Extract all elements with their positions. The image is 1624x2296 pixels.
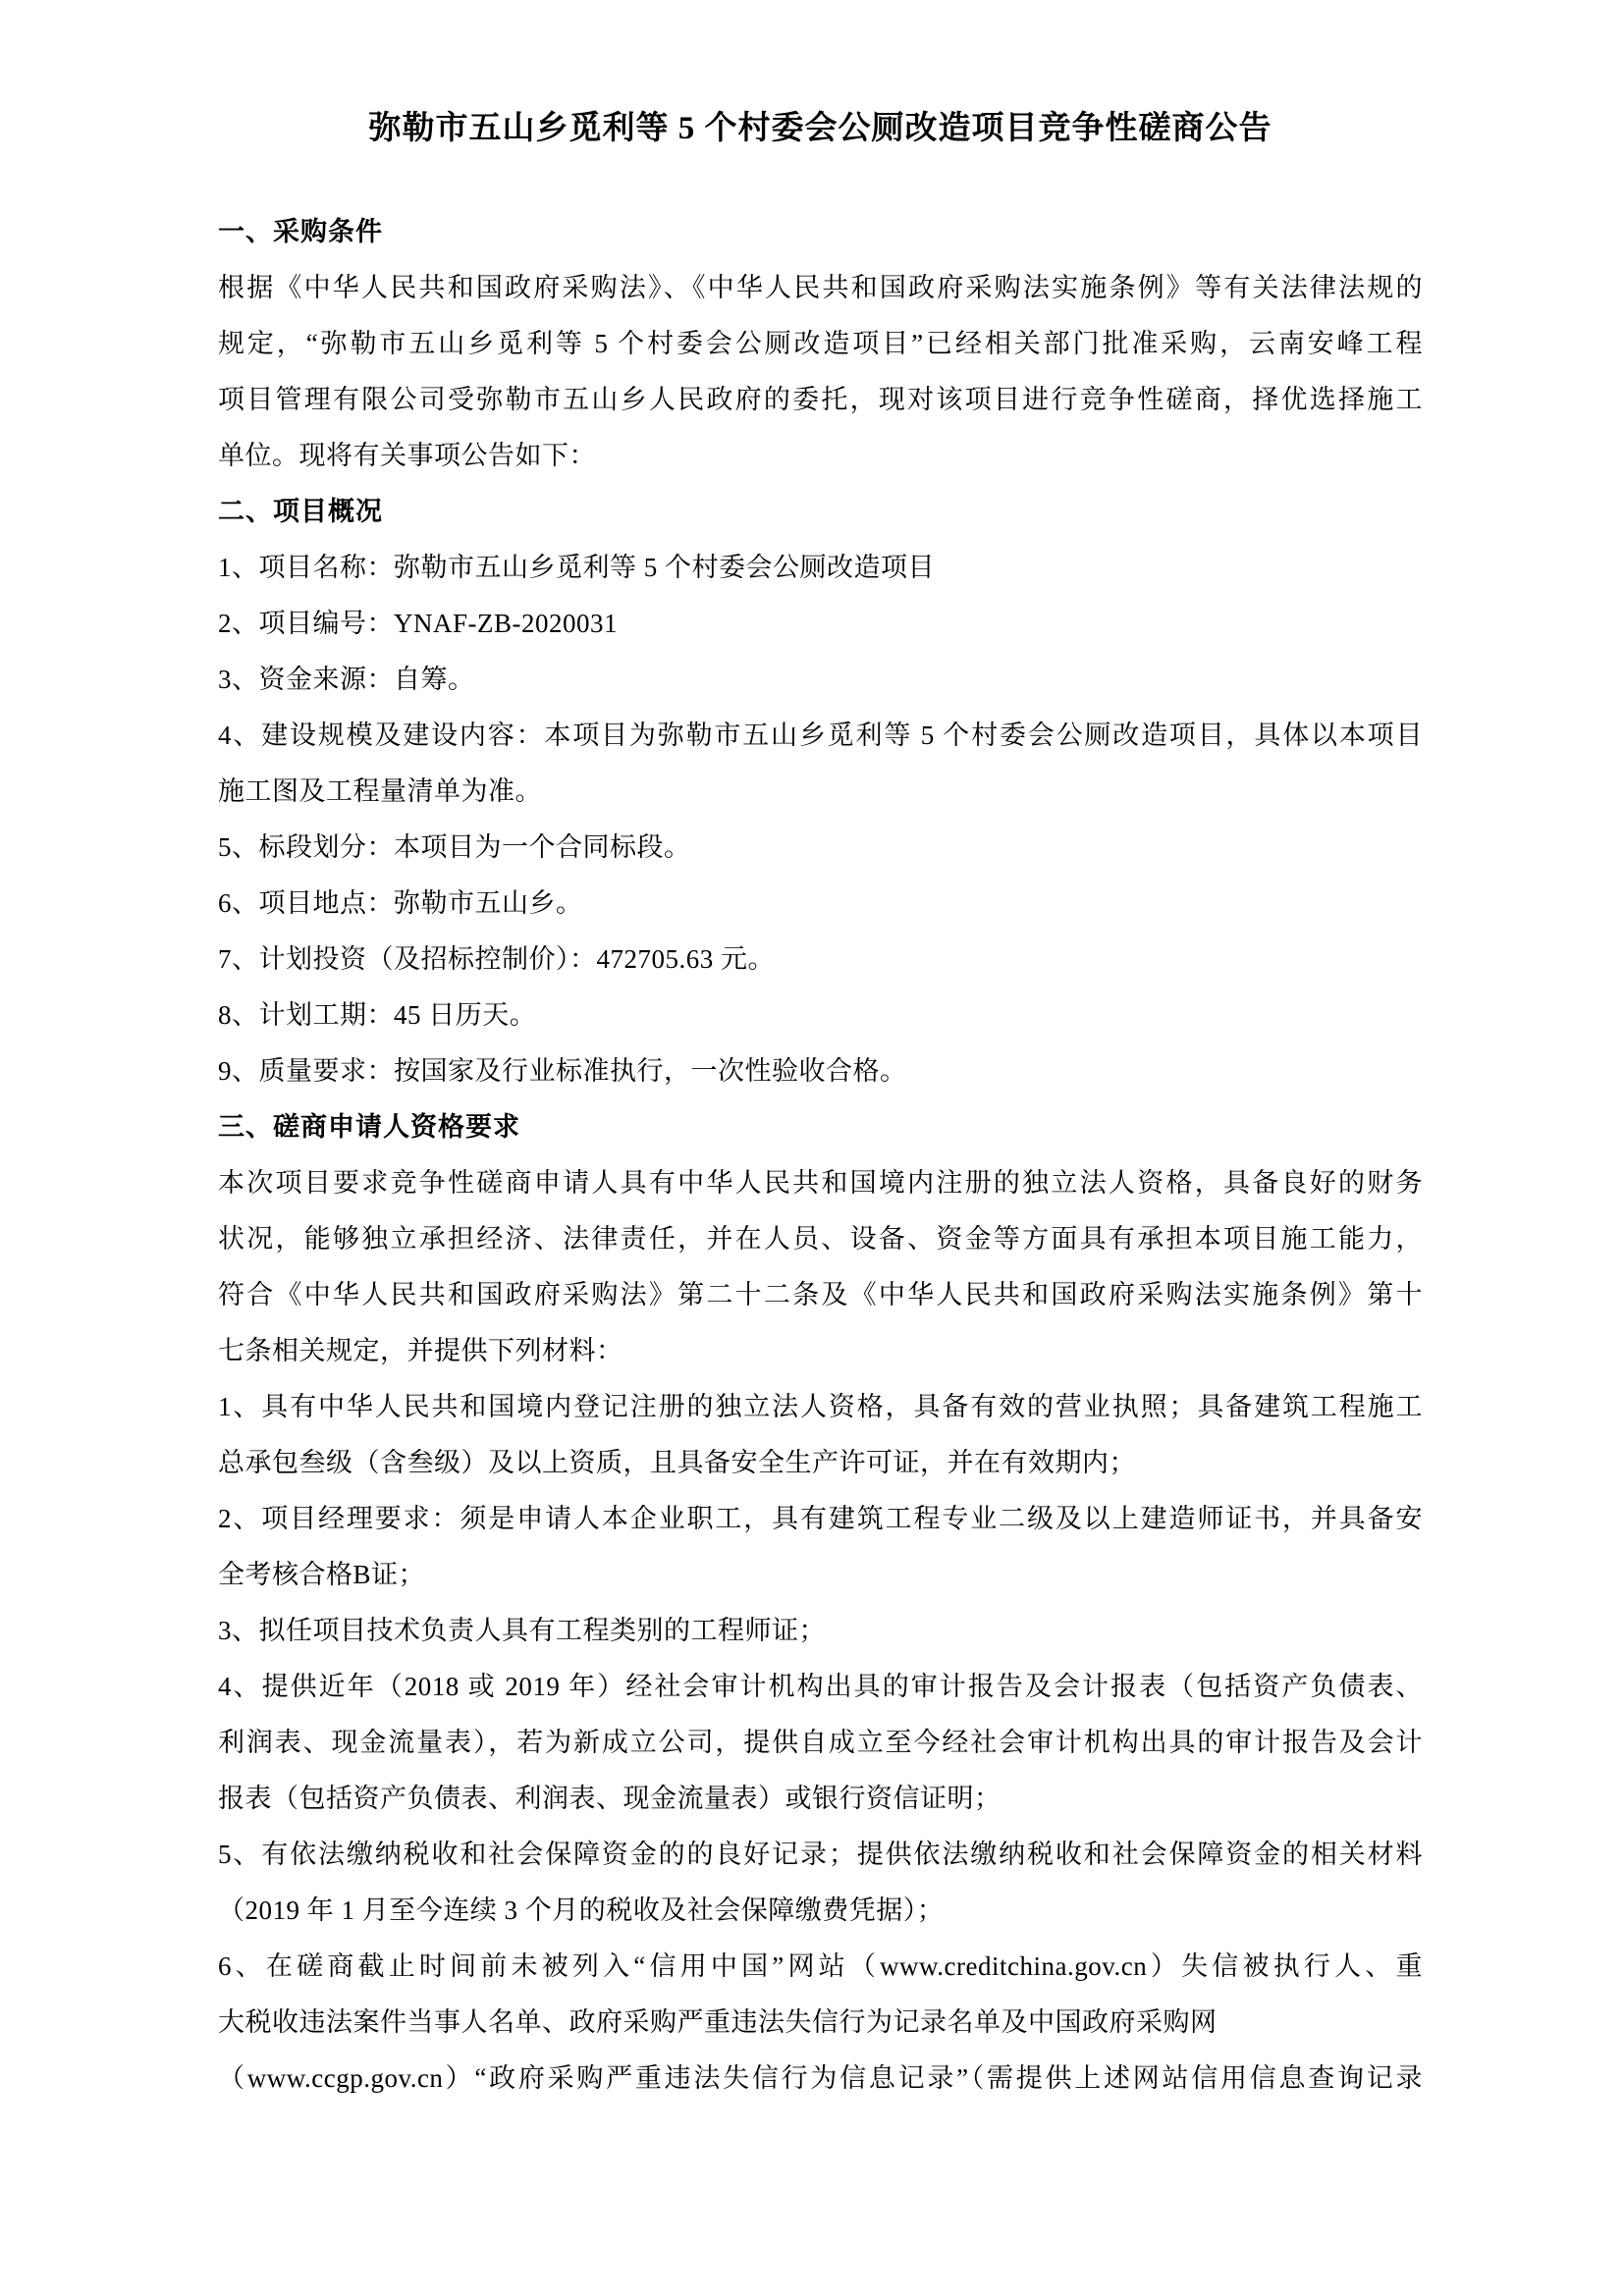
- text-line: 全考核合格B证；: [218, 1547, 1423, 1603]
- document-title: 弥勒市五山乡觅利等 5 个村委会公厕改造项目竞争性磋商公告: [218, 106, 1423, 151]
- text-line: 6、在磋商截止时间前未被列入“信用中国”网站（www.creditchina.g…: [218, 1939, 1423, 1995]
- text-line: 符合《中华人民共和国政府采购法》第二十二条及《中华人民共和国政府采购法实施条例》…: [218, 1267, 1423, 1323]
- text-line: 施工图及工程量清单为准。: [218, 764, 1423, 820]
- text-line: 报表（包括资产负债表、利润表、现金流量表）或银行资信证明；: [218, 1771, 1423, 1827]
- text-line: （2019 年 1 月至今连续 3 个月的税收及社会保障缴费凭据）；: [218, 1883, 1423, 1939]
- text-line: 2、项目经理要求：须是申请人本企业职工，具有建筑工程专业二级及以上建造师证书，并…: [218, 1491, 1423, 1547]
- text-line: 9、质量要求：按国家及行业标准执行，一次性验收合格。: [218, 1043, 1423, 1099]
- text-line: 本次项目要求竞争性磋商申请人具有中华人民共和国境内注册的独立法人资格，具备良好的…: [218, 1155, 1423, 1211]
- section-heading: 三、磋商申请人资格要求: [218, 1099, 1423, 1155]
- text-line: 状况，能够独立承担经济、法律责任，并在人员、设备、资金等方面具有承担本项目施工能…: [218, 1211, 1423, 1267]
- text-line: 利润表、现金流量表），若为新成立公司，提供自成立至今经社会审计机构出具的审计报告…: [218, 1715, 1423, 1771]
- text-line: 2、项目编号：YNAF-ZB-2020031: [218, 596, 1423, 652]
- text-line: 规定，“弥勒市五山乡觅利等 5 个村委会公厕改造项目”已经相关部门批准采购，云南…: [218, 316, 1423, 372]
- text-line: 4、建设规模及建设内容：本项目为弥勒市五山乡觅利等 5 个村委会公厕改造项目，具…: [218, 708, 1423, 764]
- section-heading: 一、采购条件: [218, 204, 1423, 260]
- text-line: 5、标段划分：本项目为一个合同标段。: [218, 820, 1423, 876]
- text-line: 七条相关规定，并提供下列材料：: [218, 1323, 1423, 1379]
- text-line: 3、拟任项目技术负责人具有工程类别的工程师证；: [218, 1603, 1423, 1659]
- document-page: 弥勒市五山乡觅利等 5 个村委会公厕改造项目竞争性磋商公告 一、采购条件根据《中…: [0, 0, 1624, 2296]
- section-heading: 二、项目概况: [218, 484, 1423, 540]
- text-line: （www.ccgp.gov.cn）“政府采购严重违法失信行为信息记录”（需提供上…: [218, 2051, 1423, 2107]
- text-line: 5、有依法缴纳税收和社会保障资金的的良好记录；提供依法缴纳税收和社会保障资金的相…: [218, 1827, 1423, 1883]
- text-line: 单位。现将有关事项公告如下：: [218, 428, 1423, 484]
- text-line: 6、项目地点：弥勒市五山乡。: [218, 876, 1423, 932]
- text-line: 根据《中华人民共和国政府采购法》、《中华人民共和国政府采购法实施条例》等有关法律…: [218, 260, 1423, 316]
- text-line: 1、项目名称：弥勒市五山乡觅利等 5 个村委会公厕改造项目: [218, 540, 1423, 596]
- text-line: 项目管理有限公司受弥勒市五山乡人民政府的委托，现对该项目进行竞争性磋商，择优选择…: [218, 372, 1423, 428]
- text-line: 7、计划投资（及招标控制价）：472705.63 元。: [218, 932, 1423, 988]
- text-line: 1、具有中华人民共和国境内登记注册的独立法人资格，具备有效的营业执照；具备建筑工…: [218, 1379, 1423, 1435]
- text-line: 总承包叁级（含叁级）及以上资质，且具备安全生产许可证，并在有效期内；: [218, 1435, 1423, 1491]
- text-line: 3、资金来源：自筹。: [218, 652, 1423, 708]
- text-line: 大税收违法案件当事人名单、政府采购严重违法失信行为记录名单及中国政府采购网: [218, 1995, 1423, 2051]
- text-line: 4、提供近年（2018 或 2019 年）经社会审计机构出具的审计报告及会计报表…: [218, 1659, 1423, 1715]
- text-line: 8、计划工期：45 日历天。: [218, 988, 1423, 1043]
- document-body: 一、采购条件根据《中华人民共和国政府采购法》、《中华人民共和国政府采购法实施条例…: [218, 204, 1423, 2107]
